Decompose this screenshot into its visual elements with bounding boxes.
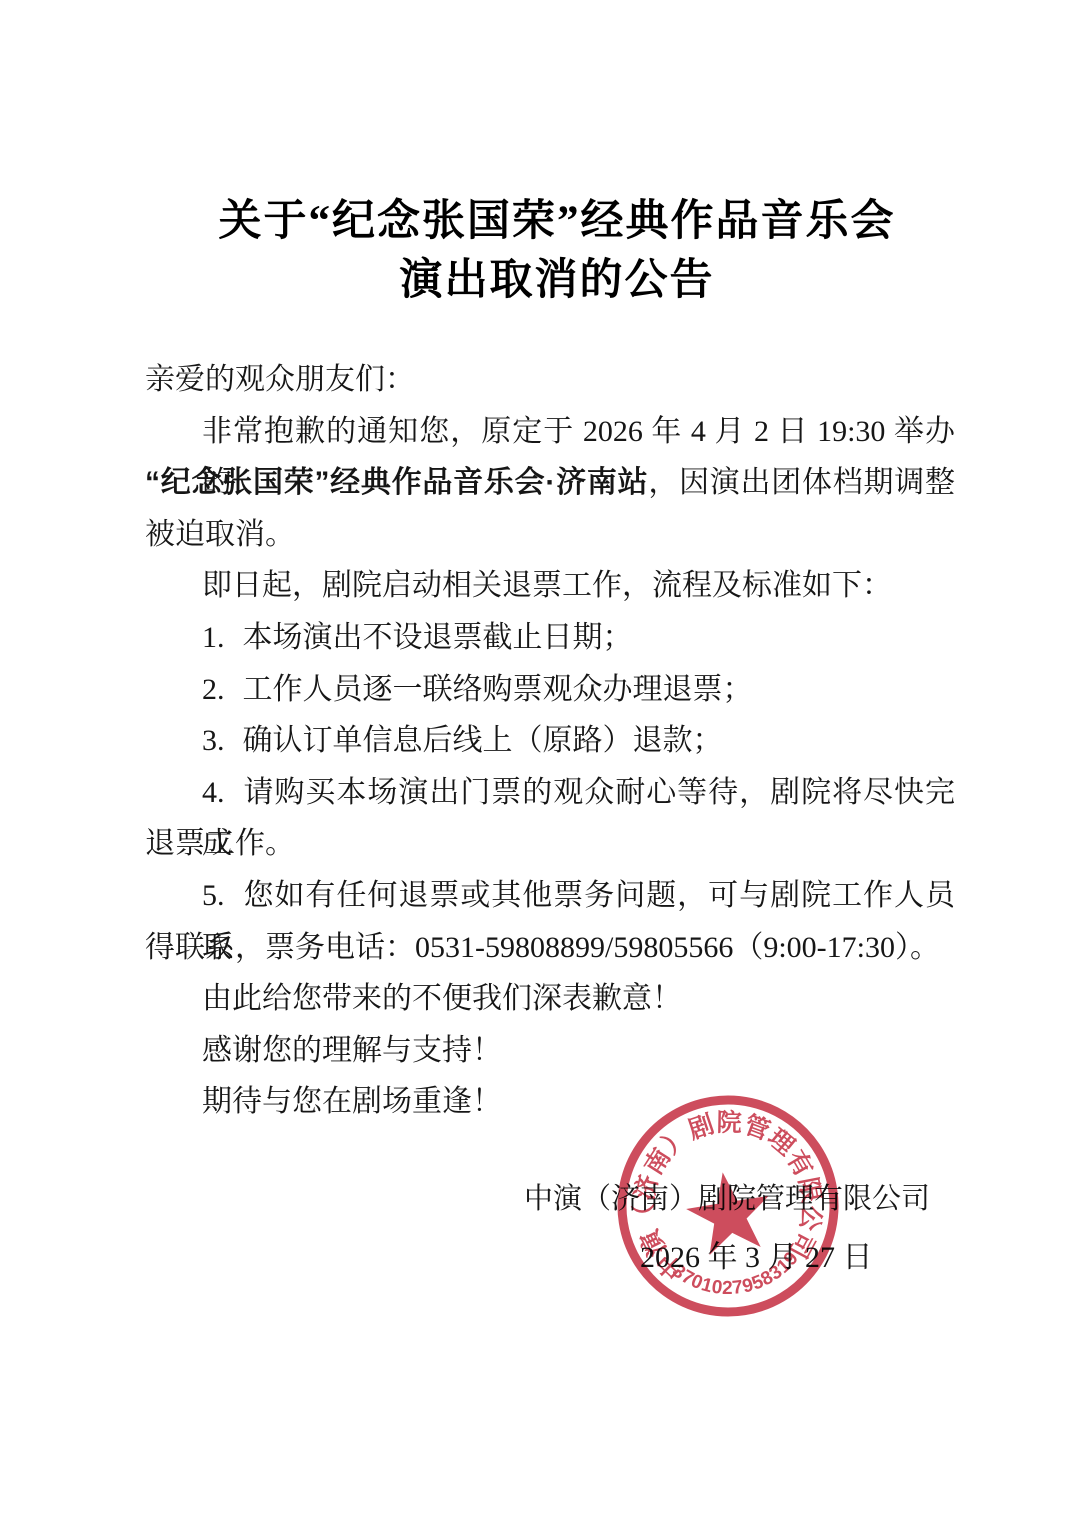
refund-step-1: 1.本场演出不设退票截止日期； (145, 612, 955, 664)
step-text: 工作人员逐一联络购票观众办理退票； (243, 673, 753, 706)
salutation-line: 亲爱的观众朋友们： (145, 354, 955, 406)
closing-line-thanks: 感谢您的理解与支持！ (145, 1025, 955, 1077)
step-number: 4. (202, 776, 225, 809)
refund-step-4-continuation: 退票工作。 (145, 818, 955, 870)
star-icon (681, 1166, 776, 1258)
refund-step-2: 2.工作人员逐一联络购票观众办理退票； (145, 664, 955, 716)
refund-step-5-continuation: 得联系，票务电话：0531-59808899/59805566（9:00-17:… (145, 922, 955, 974)
refund-step-3: 3.确认订单信息后线上（原路）退款； (145, 715, 955, 767)
refund-step-4: 4.请购买本场演出门票的观众耐心等待，剧院将尽快完成 (145, 767, 955, 819)
closing-line-apology: 由此给您带来的不便我们深表歉意！ (145, 973, 955, 1025)
notice-title-line2: 演出取消的公告 (145, 251, 969, 310)
event-name-bold: “纪念张国荣”经典作品音乐会·济南站 (145, 466, 648, 499)
step-number: 5. (202, 879, 225, 912)
process-intro-line: 即日起，剧院启动相关退票工作，流程及标准如下： (145, 560, 955, 612)
notice-title-line1: 关于“纪念张国荣”经典作品音乐会 (145, 192, 969, 251)
notice-body: 亲爱的观众朋友们： 非常抱歉的通知您，原定于 2026 年 4 月 2 日 19… (145, 354, 955, 1128)
event-name-line: “纪念张国荣”经典作品音乐会·济南站，因演出团体档期调整 (145, 457, 955, 509)
step-number: 2. (202, 673, 225, 706)
step-number: 1. (202, 621, 225, 654)
refund-step-5: 5.您如有任何退票或其他票务问题，可与剧院工作人员取 (145, 870, 955, 922)
official-seal: 中演（济南）剧院管理有限公司 3701027958319 (591, 1069, 866, 1344)
event-line-rest: ，因演出团体档期调整 (648, 466, 955, 499)
apology-line: 非常抱歉的通知您，原定于 2026 年 4 月 2 日 19:30 举办的 (145, 406, 955, 458)
notice-title: 关于“纪念张国荣”经典作品音乐会 演出取消的公告 (145, 192, 969, 310)
step-text: 本场演出不设退票截止日期； (243, 621, 633, 654)
step-number: 3. (202, 724, 225, 757)
step-text: 确认订单信息后线上（原路）退款； (243, 724, 723, 757)
notice-page: { "page": { "background": "#ffffff", "te… (0, 0, 1080, 1527)
event-line-continuation: 被迫取消。 (145, 509, 955, 561)
